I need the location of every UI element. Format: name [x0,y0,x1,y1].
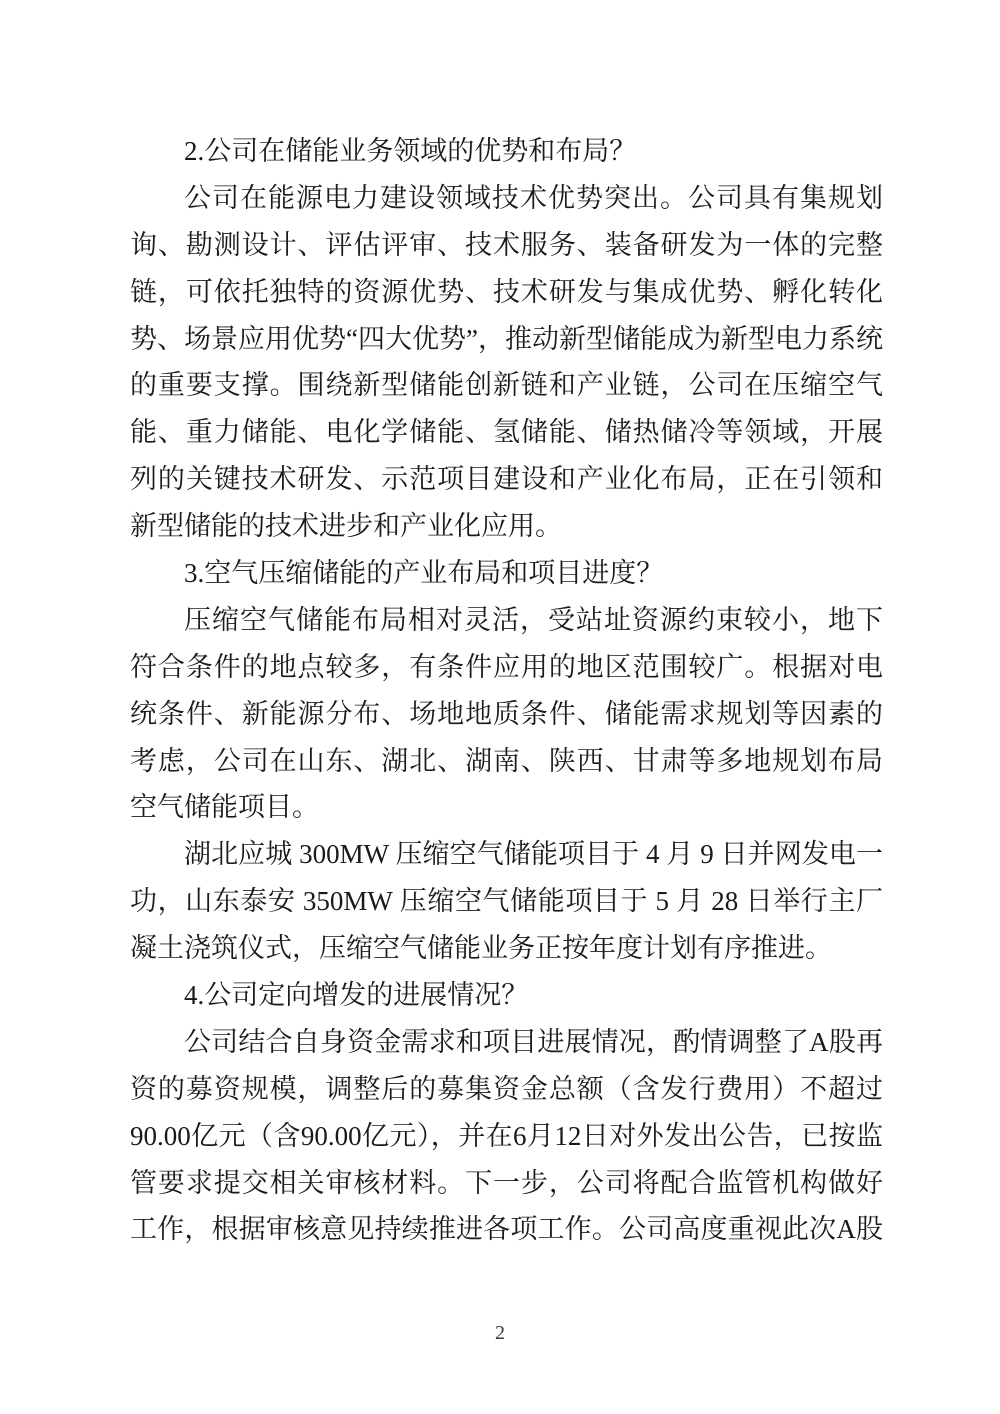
question-2: 2.公司在储能业务领域的优势和布局？ [130,128,883,175]
text-line: 的重要支撑。围绕新型储能创新链和产业链，公司在压缩空气储 [130,362,883,409]
text-line: 压缩空气储能布局相对灵活，受站址资源约束较小，地下空间 [130,597,883,644]
text-line: 能、重力储能、电化学储能、氢储能、储热储冷等领域，开展一系 [130,409,883,456]
question-4: 4.公司定向增发的进展情况？ [130,972,883,1019]
answer-4-paragraph: 公司结合自身资金需求和项目进展情况，酌情调整了A股再融 资的募资规模，调整后的募… [130,1019,883,1253]
text-line: 管要求提交相关审核材料。下一步，公司将配合监管机构做好审核 [130,1160,883,1207]
question-3: 3.空气压缩储能的产业布局和项目进度？ [130,550,883,597]
text-line: 公司结合自身资金需求和项目进展情况，酌情调整了A股再融 [130,1019,883,1066]
text-line: 询、勘测设计、评估评审、技术服务、装备研发为一体的完整产业 [130,222,883,269]
text-line: 功，山东泰安 350MW 压缩空气储能项目于 5 月 28 日举行主厂房混 [130,878,883,925]
text-line: 公司在能源电力建设领域技术优势突出。公司具有集规划咨 [130,175,883,222]
text-line: 势、场景应用优势“四大优势”，推动新型储能成为新型电力系统 [130,316,883,363]
document-content: 2.公司在储能业务领域的优势和布局？ 公司在能源电力建设领域技术优势突出。公司具… [130,128,883,1253]
text-line: 3.空气压缩储能的产业布局和项目进度？ [130,550,883,597]
text-line: 新型储能的技术进步和产业化应用。 [130,503,883,550]
text-line: 空气储能项目。 [130,784,883,831]
text-line: 2.公司在储能业务领域的优势和布局？ [130,128,883,175]
text-line: 考虑，公司在山东、湖北、湖南、陕西、甘肃等多地规划布局压缩 [130,738,883,785]
answer-2-paragraph: 公司在能源电力建设领域技术优势突出。公司具有集规划咨 询、勘测设计、评估评审、技… [130,175,883,550]
page-number: 2 [0,1322,1000,1345]
text-line: 90.00亿元（含90.00亿元），并在6月12日对外发出公告，已按监 [130,1113,883,1160]
text-line: 链，可依托独特的资源优势、技术研发与集成优势、孵化转化优 [130,269,883,316]
document-page: 2.公司在储能业务领域的优势和布局？ 公司在能源电力建设领域技术优势突出。公司具… [0,0,1000,1414]
answer-3-paragraph-2: 湖北应城 300MW 压缩空气储能项目于 4 月 9 日并网发电一次成 功，山东… [130,831,883,972]
answer-3-paragraph-1: 压缩空气储能布局相对灵活，受站址资源约束较小，地下空间 符合条件的地点较多，有条… [130,597,883,831]
text-line: 工作，根据审核意见持续推进各项工作。公司高度重视此次A股再 [130,1206,883,1253]
text-line: 符合条件的地点较多，有条件应用的地区范围较广。根据对电力系 [130,644,883,691]
text-line: 统条件、新能源分布、场地地质条件、储能需求规划等因素的综合 [130,691,883,738]
text-line: 列的关键技术研发、示范项目建设和产业化布局，正在引领和推动 [130,456,883,503]
text-line: 凝土浇筑仪式，压缩空气储能业务正按年度计划有序推进。 [130,925,883,972]
text-line: 资的募资规模，调整后的募集资金总额（含发行费用）不超过 [130,1066,883,1113]
text-line: 湖北应城 300MW 压缩空气储能项目于 4 月 9 日并网发电一次成 [130,831,883,878]
text-line: 4.公司定向增发的进展情况？ [130,972,883,1019]
